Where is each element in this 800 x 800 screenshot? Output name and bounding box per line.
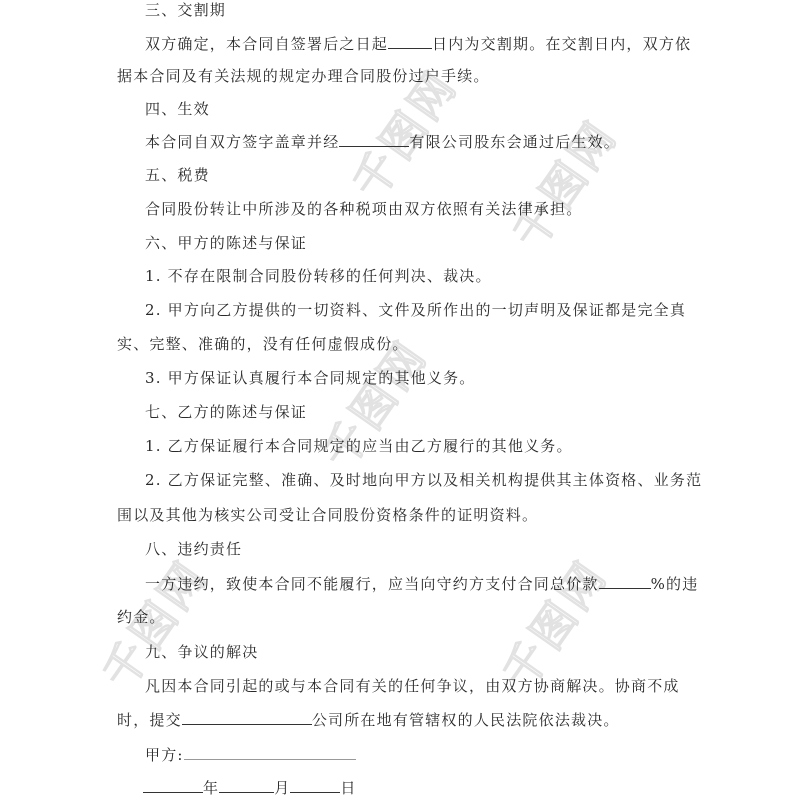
paragraph-delivery-line2: 据本合同及有关法规的规定办理合同股份过户手续。 bbox=[117, 66, 677, 86]
paragraph-delivery-line1: 双方确定，本合同自签署后之日起日内为交割期。在交割日内，双方依 bbox=[145, 34, 705, 54]
signature-party-a: 甲方: bbox=[145, 745, 705, 765]
month-label: 月 bbox=[274, 779, 290, 797]
fill-blank-days[interactable] bbox=[388, 34, 432, 49]
section-heading-party-b-warranties: 七、乙方的陈述与保证 bbox=[145, 402, 705, 422]
text: 本合同自双方签字盖章并经 bbox=[145, 133, 339, 151]
paragraph-taxes: 合同股份转让中所涉及的各种税项由双方依照有关法律承担。 bbox=[145, 199, 705, 219]
party-a-signature-line[interactable] bbox=[184, 745, 356, 760]
text: 一方违约，致使本合同不能履行，应当向守约方支付合同总价款 bbox=[145, 575, 599, 593]
list-item-party-a-3: 3. 甲方保证认真履行本合同规定的其他义务。 bbox=[145, 368, 705, 388]
year-label: 年 bbox=[203, 779, 219, 797]
text: 日内为交割期。在交割日内，双方依 bbox=[432, 35, 691, 53]
list-item-party-b-2-line2: 围以及其他为核实公司受让合同股份资格条件的证明资料。 bbox=[117, 505, 677, 525]
text: 双方确定，本合同自签署后之日起 bbox=[145, 35, 388, 53]
text: 有限公司股东会通过后生效。 bbox=[409, 133, 620, 151]
paragraph-dispute-line2: 时，提交公司所在地有管辖权的人民法院依法裁决。 bbox=[117, 710, 677, 730]
paragraph-breach-line1: 一方违约，致使本合同不能履行，应当向守约方支付合同总价款%的违 bbox=[145, 574, 705, 594]
month-blank[interactable] bbox=[219, 778, 274, 793]
paragraph-effectiveness: 本合同自双方签字盖章并经有限公司股东会通过后生效。 bbox=[145, 132, 705, 152]
section-heading-party-a-warranties: 六、甲方的陈述与保证 bbox=[145, 233, 705, 253]
section-heading-breach: 八、违约责任 bbox=[145, 539, 705, 559]
section-heading-dispute: 九、争议的解决 bbox=[145, 642, 705, 662]
document-page: 千图网 千图网 千图网 千图网 千图网 三、交割期 双方确定，本合同自签署后之日… bbox=[0, 0, 800, 800]
list-item-party-b-2-line1: 2. 乙方保证完整、准确、及时地向甲方以及相关机构提供其主体资格、业务范 bbox=[145, 470, 705, 490]
day-blank[interactable] bbox=[290, 778, 340, 793]
list-item-party-a-2-line1: 2. 甲方向乙方提供的一切资料、文件及所作出的一切声明及保证都是完全真 bbox=[145, 300, 705, 320]
year-blank[interactable] bbox=[143, 778, 203, 793]
list-item-party-b-1: 1. 乙方保证履行本合同规定的应当由乙方履行的其他义务。 bbox=[145, 436, 705, 456]
fill-blank-penalty-percent[interactable] bbox=[599, 574, 651, 589]
fill-blank-court-company[interactable] bbox=[182, 710, 312, 725]
paragraph-dispute-line1: 凡因本合同引起的或与本合同有关的任何争议，由双方协商解决。协商不成 bbox=[145, 676, 705, 696]
text: 时，提交 bbox=[117, 711, 182, 729]
list-item-party-a-2-line2: 实、完整、准确的，没有任何虚假成份。 bbox=[117, 334, 677, 354]
paragraph-breach-line2: 约金。 bbox=[117, 607, 677, 627]
day-label: 日 bbox=[340, 779, 356, 797]
section-heading-effectiveness: 四、生效 bbox=[145, 99, 705, 119]
section-heading-taxes: 五、税费 bbox=[145, 165, 705, 185]
list-item-party-a-1: 1. 不存在限制合同股份转移的任何判决、裁决。 bbox=[145, 266, 705, 286]
section-heading-delivery: 三、交割期 bbox=[145, 0, 705, 20]
text: 公司所在地有管辖权的人民法院依法裁决。 bbox=[312, 711, 620, 729]
signature-date: 年月日 bbox=[143, 778, 703, 798]
party-a-label: 甲方: bbox=[145, 746, 184, 764]
text: %的违 bbox=[651, 575, 699, 593]
fill-blank-company[interactable] bbox=[339, 132, 409, 147]
